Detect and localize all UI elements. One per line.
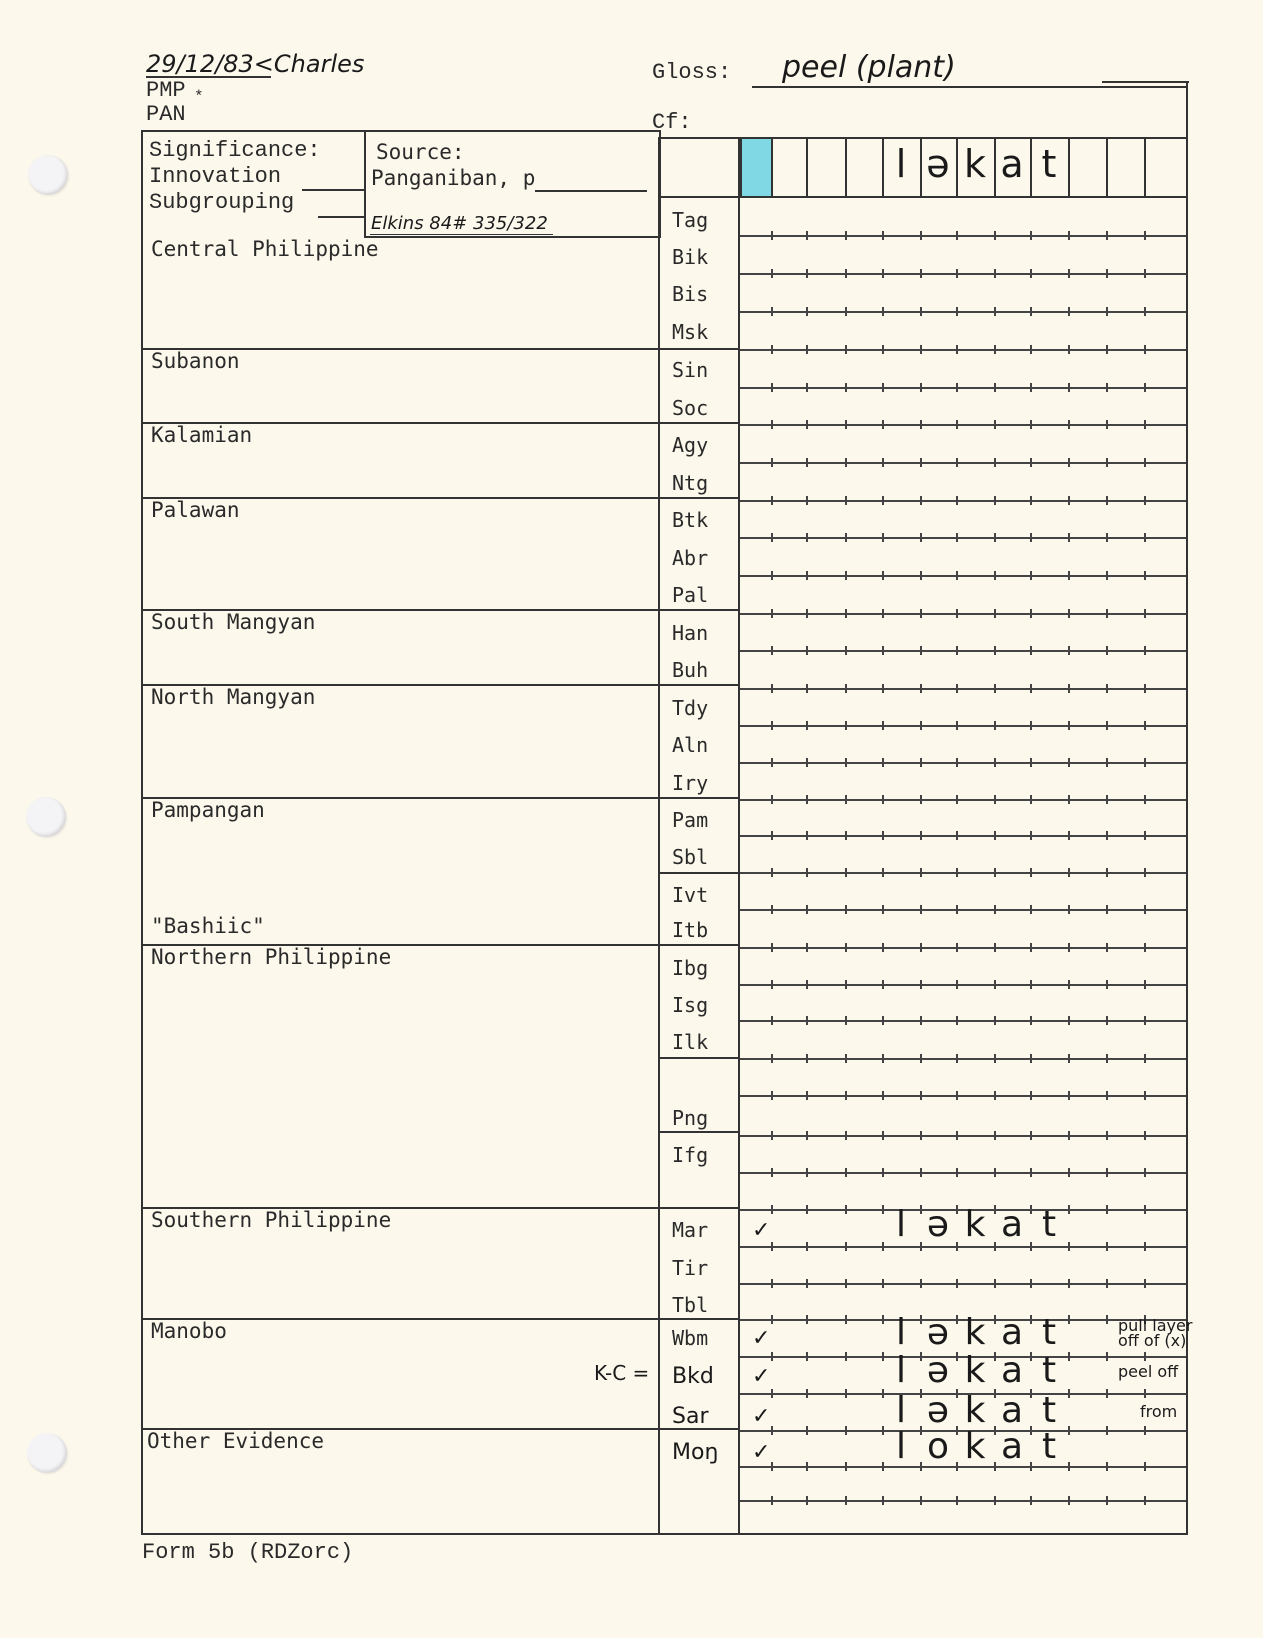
gloss-label: Gloss: (652, 60, 731, 85)
group-label: Pampangan (151, 798, 265, 822)
date-handwritten: 29/12/83<Charles (146, 50, 364, 78)
language-code: Ibg (672, 956, 708, 980)
group-label: Kalamian (151, 423, 252, 447)
group-label: North Mangyan (151, 685, 315, 709)
language-code: Han (672, 621, 708, 645)
language-code: Pal (672, 583, 708, 607)
significance-title: Significance: (149, 138, 321, 163)
reconstruction-highlight-cell (740, 139, 771, 196)
language-code: Ivt (672, 883, 708, 907)
entry-form-segment: ə (920, 1350, 956, 1391)
reconstruction-segment: ə (920, 142, 956, 186)
language-code: Pam (672, 808, 708, 832)
language-code: Mar (672, 1218, 708, 1242)
language-code: Tdy (672, 696, 708, 720)
language-code: Isg (672, 993, 708, 1017)
language-code: Bkd (672, 1364, 714, 1389)
language-code: Tbl (672, 1293, 708, 1317)
language-code: Tir (672, 1256, 708, 1280)
entry-form-segment: a (994, 1312, 1030, 1353)
group-label: Manobo (151, 1319, 227, 1343)
entry-gloss-note: pull layer off of (x) (1118, 1318, 1204, 1348)
language-code: Ilk (672, 1030, 708, 1054)
source-title: Source: (376, 140, 465, 164)
entry-form-segment: k (956, 1350, 994, 1391)
language-code: Bis (672, 282, 708, 306)
entry-form-segment: a (994, 1350, 1030, 1391)
language-code: Aln (672, 733, 708, 757)
language-code: Msk (672, 320, 708, 344)
language-code: Sbl (672, 845, 708, 869)
language-code: Iry (672, 771, 708, 795)
hole-punch-middle (26, 797, 66, 837)
group-label: Northern Philippine (151, 945, 391, 969)
group-label: Other Evidence (147, 1429, 324, 1453)
entry-form-segment: ə (920, 1390, 956, 1431)
kc-annotation: K-C = (594, 1361, 649, 1385)
entry-form-segment: t (1030, 1312, 1068, 1353)
entry-form-segment: l (882, 1350, 920, 1391)
entry-form-segment: ə (920, 1204, 956, 1245)
entry-form-segment: k (956, 1312, 994, 1353)
entry-form-segment: a (994, 1390, 1030, 1431)
group-label: Subanon (151, 349, 240, 373)
entry-form-segment: t (1030, 1426, 1068, 1467)
source-value: Panganiban, p (371, 166, 535, 190)
entry-gloss-note: from (1140, 1404, 1212, 1419)
cognate-check-icon: ✓ (752, 1440, 770, 1465)
form-label: Form 5b (RDZorc) (142, 1540, 353, 1565)
language-code: Tag (672, 208, 708, 232)
subgrouping-label: Subgrouping (149, 190, 294, 215)
language-code: Agy (672, 433, 708, 457)
gloss-value[interactable]: peel (plant) (782, 50, 956, 85)
pmp-label: PMP (146, 78, 186, 103)
group-label: Central Philippine (151, 237, 379, 261)
language-code: Ntg (672, 471, 708, 495)
group-label: "Bashiic" (151, 914, 265, 938)
entry-form-segment: t (1030, 1204, 1068, 1245)
source-reference: Elkins 84# 335/322 (371, 213, 548, 234)
language-code: Sar (672, 1404, 709, 1429)
entry-form-segment: a (994, 1426, 1030, 1467)
language-code: Bik (672, 245, 708, 269)
group-label: Palawan (151, 498, 240, 522)
reconstruction-segment: t (1030, 142, 1068, 186)
innovation-label: Innovation (149, 164, 281, 189)
group-label: Southern Philippine (151, 1208, 391, 1232)
entry-form-segment: l (882, 1390, 920, 1431)
entry-form-segment: k (956, 1390, 994, 1431)
language-code: Abr (672, 546, 708, 570)
entry-form-segment: k (956, 1426, 994, 1467)
language-code: Btk (672, 508, 708, 532)
language-code: Sin (672, 358, 708, 382)
language-code: Buh (672, 658, 708, 682)
entry-form-segment: k (956, 1204, 994, 1245)
hole-punch-bottom (27, 1433, 67, 1473)
group-label: South Mangyan (151, 610, 315, 634)
entry-form-segment: l (882, 1426, 920, 1467)
entry-form-segment: t (1030, 1390, 1068, 1431)
hole-punch-top (28, 155, 68, 195)
entry-gloss-note: peel off (1118, 1364, 1190, 1379)
language-code: Png (672, 1106, 708, 1130)
entry-form-segment: l (882, 1312, 920, 1353)
reconstruction-segment: k (956, 142, 994, 186)
language-code: Itb (672, 918, 708, 942)
language-code: Ifg (672, 1143, 708, 1167)
language-code: Moŋ (672, 1440, 718, 1465)
entry-form-segment: o (920, 1426, 956, 1467)
cognate-check-icon: ✓ (752, 1364, 770, 1389)
entry-form-segment: ə (920, 1312, 956, 1353)
entry-form-segment: l (882, 1204, 920, 1245)
star-symbol: * (194, 88, 204, 106)
pan-label: PAN (146, 102, 186, 127)
cognate-check-icon: ✓ (752, 1404, 770, 1429)
reconstruction-segment: a (994, 142, 1030, 186)
language-code: Soc (672, 396, 708, 420)
language-code: Wbm (672, 1326, 708, 1350)
entry-form-segment: a (994, 1204, 1030, 1245)
cognate-check-icon: ✓ (752, 1218, 770, 1243)
entry-form-segment: t (1030, 1350, 1068, 1391)
cognate-check-icon: ✓ (752, 1326, 770, 1351)
reconstruction-segment: l (882, 142, 920, 186)
